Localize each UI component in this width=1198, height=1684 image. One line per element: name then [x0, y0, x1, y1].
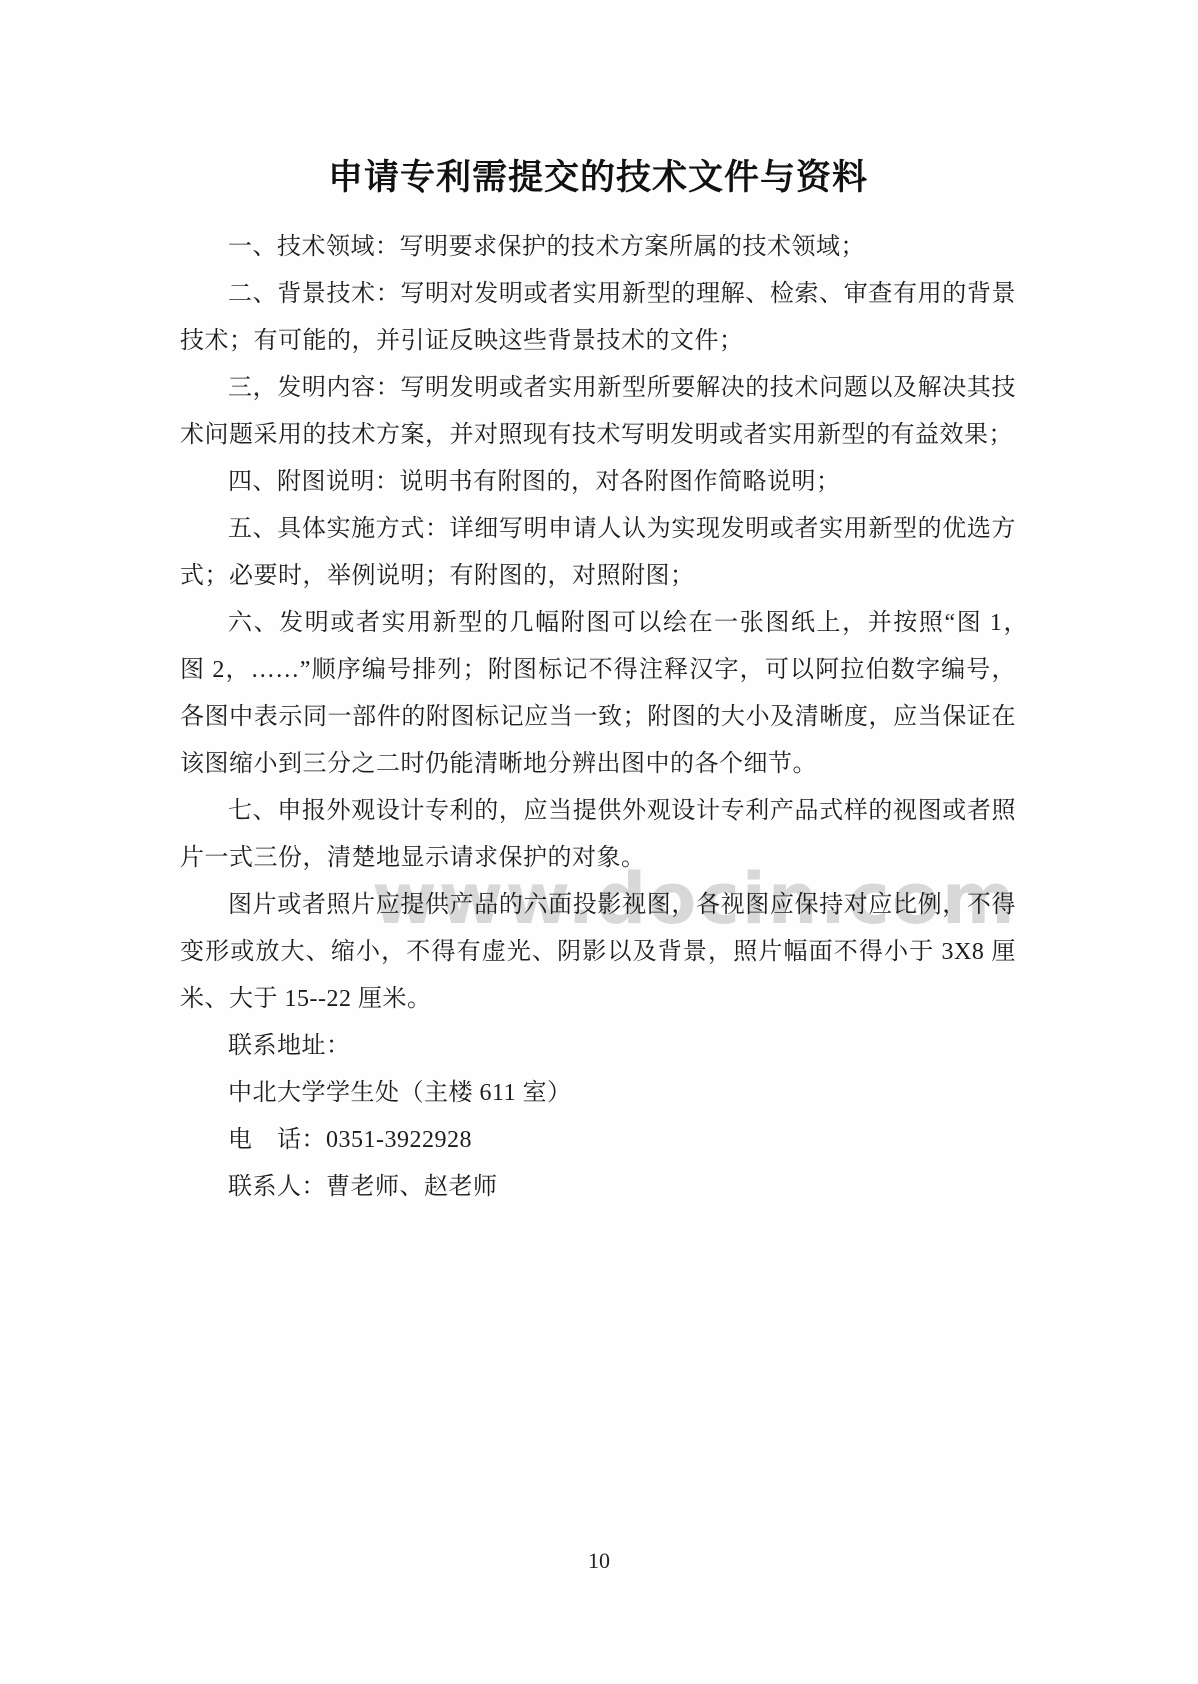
contact-address-label: 联系地址：	[180, 1023, 1016, 1070]
paragraph-photo-rules: 图片或者照片应提供产品的六面投影视图，各视图应保持对应比例，不得变形或放大、缩小…	[180, 882, 1016, 1023]
contact-address-value: 中北大学学生处（主楼 611 室）	[180, 1070, 1016, 1117]
contact-persons: 联系人：曹老师、赵老师	[180, 1164, 1016, 1211]
document-page: www.docin.com 申请专利需提交的技术文件与资料 一、技术领域：写明要…	[0, 0, 1198, 1684]
contact-phone: 电 话：0351-3922928	[180, 1117, 1016, 1164]
paragraph-design-patent: 七、申报外观设计专利的，应当提供外观设计专利产品式样的视图或者照片一式三份，清楚…	[180, 788, 1016, 882]
paragraph-technical-field: 一、技术领域：写明要求保护的技术方案所属的技术领域；	[180, 224, 1016, 271]
document-title: 申请专利需提交的技术文件与资料	[180, 148, 1016, 208]
paragraph-invention-content: 三，发明内容：写明发明或者实用新型所要解决的技术问题以及解决其技术问题采用的技术…	[180, 365, 1016, 459]
paragraph-drawing-notes: 四、附图说明：说明书有附图的，对各附图作简略说明；	[180, 459, 1016, 506]
paragraph-implementation: 五、具体实施方式：详细写明申请人认为实现发明或者实用新型的优选方式；必要时，举例…	[180, 506, 1016, 600]
paragraph-figure-rules: 六、发明或者实用新型的几幅附图可以绘在一张图纸上，并按照“图 1， 图 2，………	[180, 600, 1016, 788]
document-content: 申请专利需提交的技术文件与资料 一、技术领域：写明要求保护的技术方案所属的技术领…	[180, 148, 1016, 1211]
paragraph-background-art: 二、背景技术：写明对发明或者实用新型的理解、检索、审查有用的背景技术；有可能的，…	[180, 271, 1016, 365]
page-number: 10	[0, 1548, 1198, 1574]
